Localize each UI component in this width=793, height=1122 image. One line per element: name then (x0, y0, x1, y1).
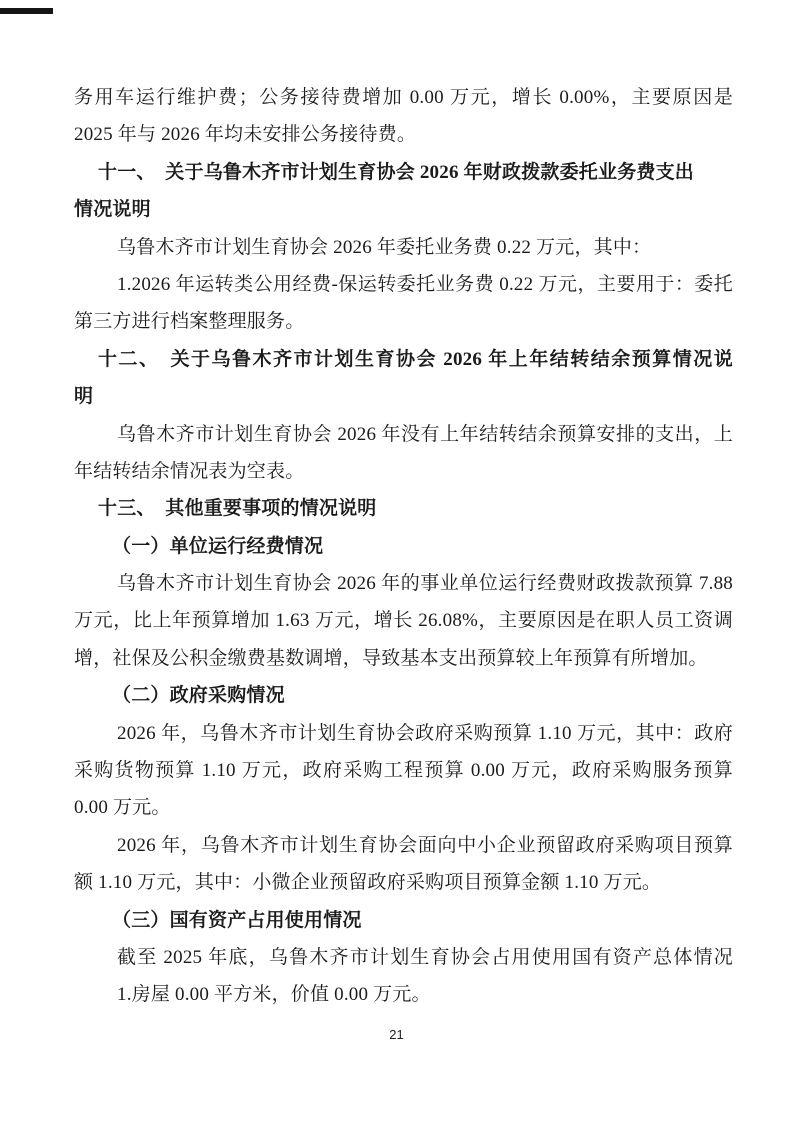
body-line: 2025 年与 2026 年均未安排公务接待费。 (74, 116, 733, 153)
body-line: 2026 年，乌鲁木齐市计划生育协会面向中小企业预留政府采购项目预算金 (74, 827, 733, 864)
body-line: 务用车运行维护费；公务接待费增加 0.00 万元，增长 0.00%，主要原因是 (74, 79, 733, 116)
sub-heading-line: （三）国有资产占用使用情况 (74, 902, 733, 939)
body-line: 1.房屋 0.00 平方米，价值 0.00 万元。 (74, 976, 733, 1013)
body-line: 2026 年，乌鲁木齐市计划生育协会政府采购预算 1.10 万元，其中：政府 (74, 715, 733, 752)
scan-artifact-mark (0, 8, 53, 14)
body-line: 采购货物预算 1.10 万元，政府采购工程预算 0.00 万元，政府采购服务预算 (74, 752, 733, 789)
body-line: 第三方进行档案整理服务。 (74, 303, 733, 340)
body-line: 年结转结余情况表为空表。 (74, 453, 733, 490)
body-line: 乌鲁木齐市计划生育协会 2026 年的事业单位运行经费财政拨款预算 7.88 (74, 565, 733, 602)
body-line: 截至 2025 年底，乌鲁木齐市计划生育协会占用使用国有资产总体情况为： (74, 939, 733, 976)
body-line: 增，社保及公积金缴费基数调增，导致基本支出预算较上年预算有所增加。 (74, 640, 733, 677)
section-heading-line: 十一、 关于乌鲁木齐市计划生育协会 2026 年财政拨款委托业务费支出 (74, 154, 733, 191)
sub-heading-line: （一）单位运行经费情况 (74, 528, 733, 565)
section-heading-line: 情况说明 (74, 191, 733, 228)
section-heading-line: 十三、 其他重要事项的情况说明 (74, 490, 733, 527)
body-line: 乌鲁木齐市计划生育协会 2026 年没有上年结转结余预算安排的支出，上 (74, 416, 733, 453)
body-line: 0.00 万元。 (74, 789, 733, 826)
body-line: 1.2026 年运转类公用经费-保运转委托业务费 0.22 万元，主要用于：委托 (74, 266, 733, 303)
text-column: 务用车运行维护费；公务接待费增加 0.00 万元，增长 0.00%，主要原因是 … (74, 79, 733, 1014)
document-page: 务用车运行维护费；公务接待费增加 0.00 万元，增长 0.00%，主要原因是 … (0, 0, 793, 1122)
body-line: 额 1.10 万元，其中：小微企业预留政府采购项目预算金额 1.10 万元。 (74, 864, 733, 901)
body-line: 乌鲁木齐市计划生育协会 2026 年委托业务费 0.22 万元，其中： (74, 229, 733, 266)
body-line: 万元，比上年预算增加 1.63 万元，增长 26.08%，主要原因是在职人员工资… (74, 602, 733, 639)
sub-heading-line: （二）政府采购情况 (74, 677, 733, 714)
section-heading-line: 十二、 关于乌鲁木齐市计划生育协会 2026 年上年结转结余预算情况说 (74, 341, 733, 378)
section-heading-line: 明 (74, 378, 733, 415)
page-number: 21 (0, 1027, 793, 1042)
